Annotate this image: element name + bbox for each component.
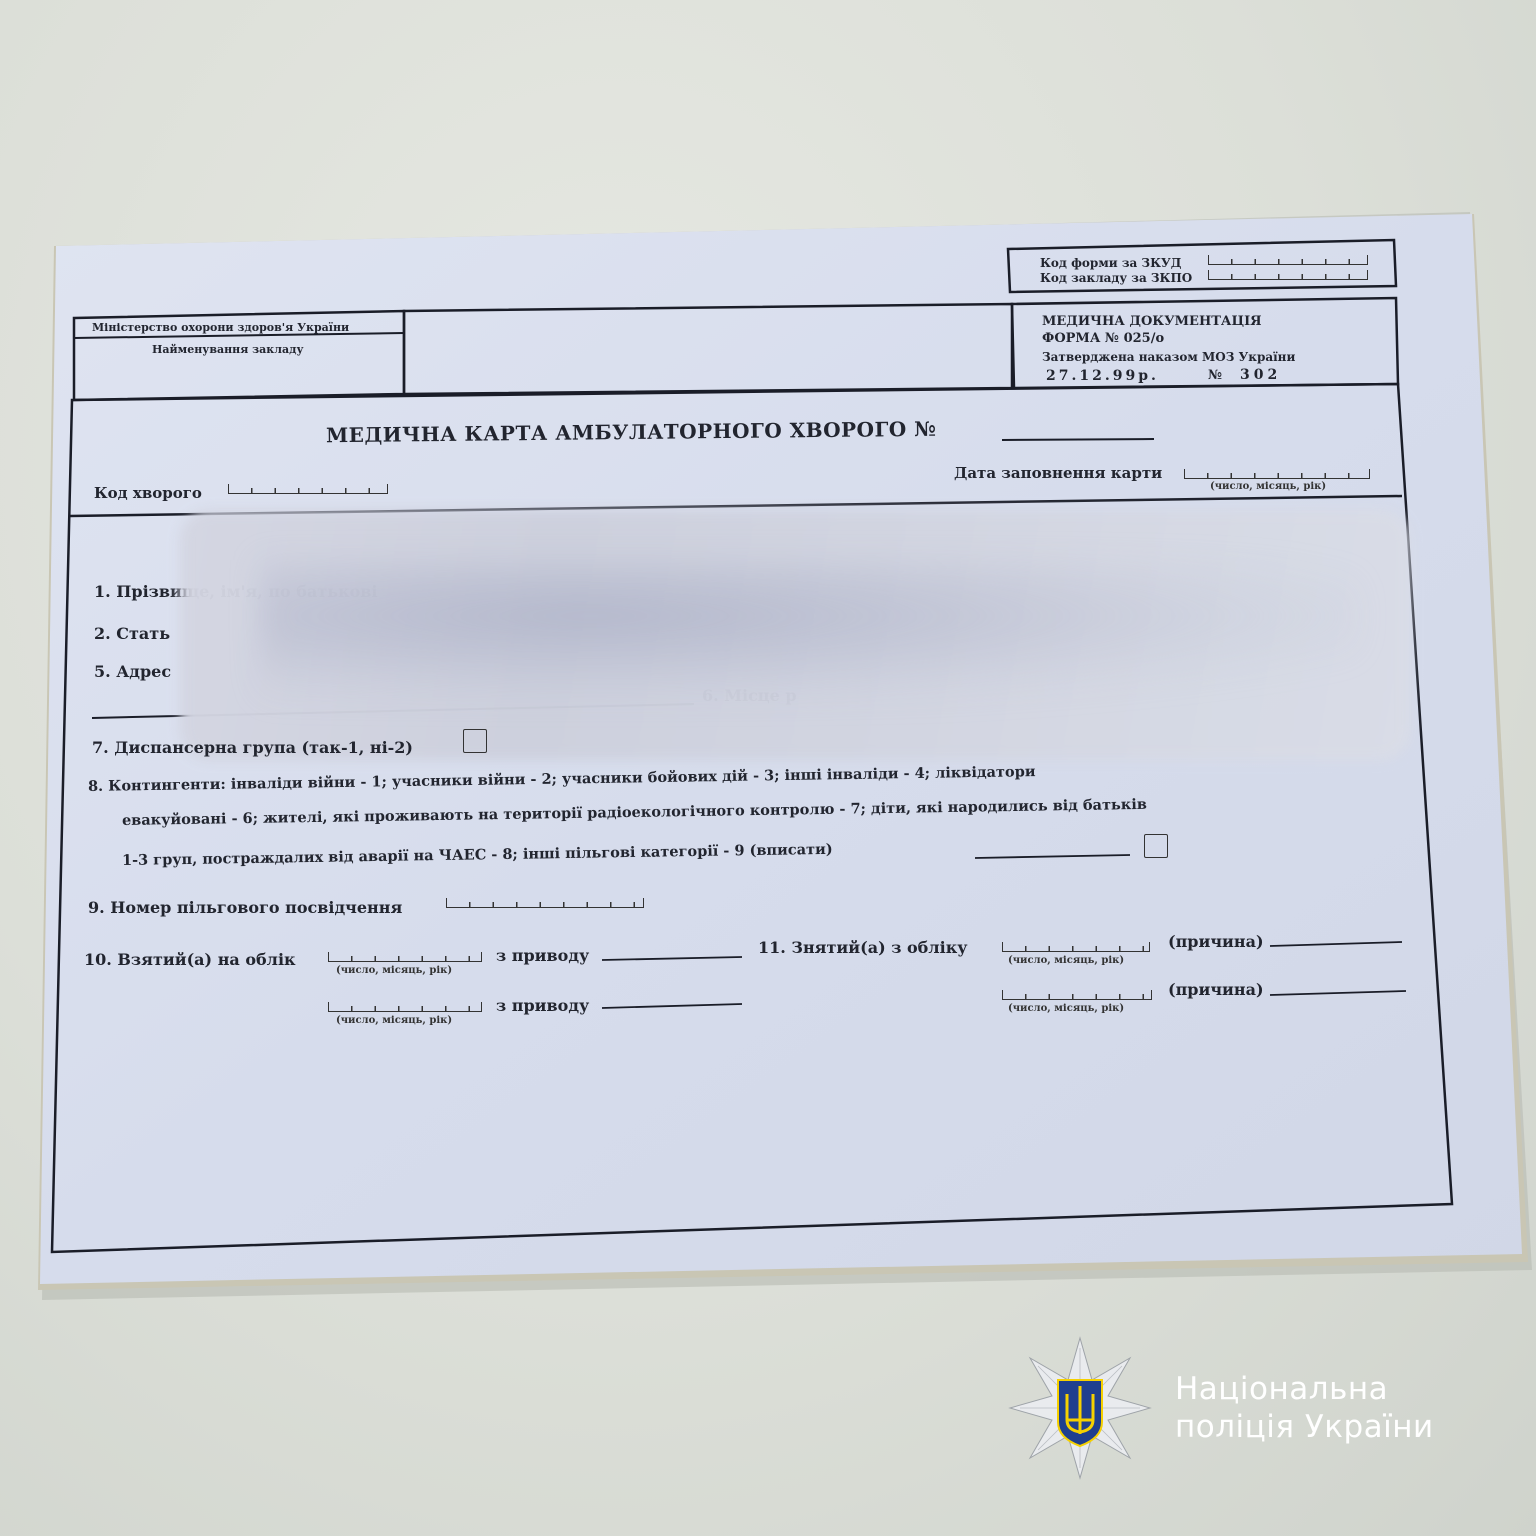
benefit-cert-input[interactable] — [446, 898, 644, 908]
institution-code-label: Код закладу за ЗКПО — [1040, 271, 1192, 285]
form-code-input[interactable] — [1208, 255, 1368, 265]
field-address-label: 5. Адрес — [94, 662, 171, 681]
institution-code-input[interactable] — [1208, 270, 1368, 280]
registered-reason-label-1: з приводу — [496, 946, 589, 965]
deregistered-date-hint-1: (число, місяць, рік) — [1008, 955, 1124, 966]
deregistered-date-input-1[interactable] — [1002, 942, 1150, 952]
patient-code-label: Код хворого — [94, 484, 202, 502]
deregistered-reason-label-1: (причина) — [1168, 932, 1264, 951]
registered-date-input-2[interactable] — [328, 1002, 482, 1012]
contingent-checkbox[interactable] — [1144, 834, 1168, 858]
institution-name-label: Найменування закладу — [152, 343, 304, 356]
deregistered-date-hint-2: (число, місяць, рік) — [1008, 1003, 1124, 1014]
medical-card-document: Код форми за ЗКУД Код закладу за ЗКПО Мі… — [0, 0, 1536, 1536]
registered-date-input-1[interactable] — [328, 952, 482, 962]
watermark-line1: Національна — [1175, 1371, 1388, 1407]
approval-number-label: № — [1208, 368, 1222, 383]
deregistered-reason-label-2: (причина) — [1168, 980, 1264, 999]
watermark-line2: поліція України — [1175, 1409, 1434, 1445]
field-dispensary-group-label: 7. Диспансерна група (так-1, ні-2) — [92, 738, 413, 757]
ministry-label: Міністерство охорони здоров'я України — [92, 321, 349, 334]
registered-reason-label-2: з приводу — [496, 996, 589, 1015]
registered-date-hint-1: (число, місяць, рік) — [336, 965, 452, 976]
form-number: ФОРМА № 025/о — [1042, 331, 1164, 346]
approval-date: 27.12.99р. — [1046, 368, 1159, 384]
national-police-watermark: Національна поліція України — [1005, 1335, 1485, 1485]
deregistered-date-input-2[interactable] — [1002, 990, 1152, 1000]
field-benefit-cert-label: 9. Номер пільгового посвідчення — [88, 898, 402, 917]
med-doc-heading: МЕДИЧНА ДОКУМЕНТАЦІЯ — [1042, 314, 1262, 329]
redaction-blur — [260, 560, 1360, 700]
approval-number: 302 — [1240, 367, 1281, 383]
police-star-icon — [1005, 1335, 1155, 1485]
field-deregistered-label: 11. Знятий(а) з обліку — [758, 938, 967, 957]
field-registered-label: 10. Взятий(а) на облік — [84, 950, 296, 969]
fill-date-input[interactable] — [1184, 469, 1370, 479]
form-code-label: Код форми за ЗКУД — [1040, 256, 1181, 270]
patient-code-input[interactable] — [228, 484, 388, 494]
dispensary-group-checkbox[interactable] — [463, 729, 487, 753]
fill-date-hint: (число, місяць, рік) — [1210, 481, 1326, 492]
registered-date-hint-2: (число, місяць, рік) — [336, 1015, 452, 1026]
field-sex-label: 2. Стать — [94, 624, 170, 643]
fill-date-label: Дата заповнення карти — [954, 464, 1162, 482]
approved-by-label: Затверджена наказом МОЗ України — [1042, 350, 1295, 364]
